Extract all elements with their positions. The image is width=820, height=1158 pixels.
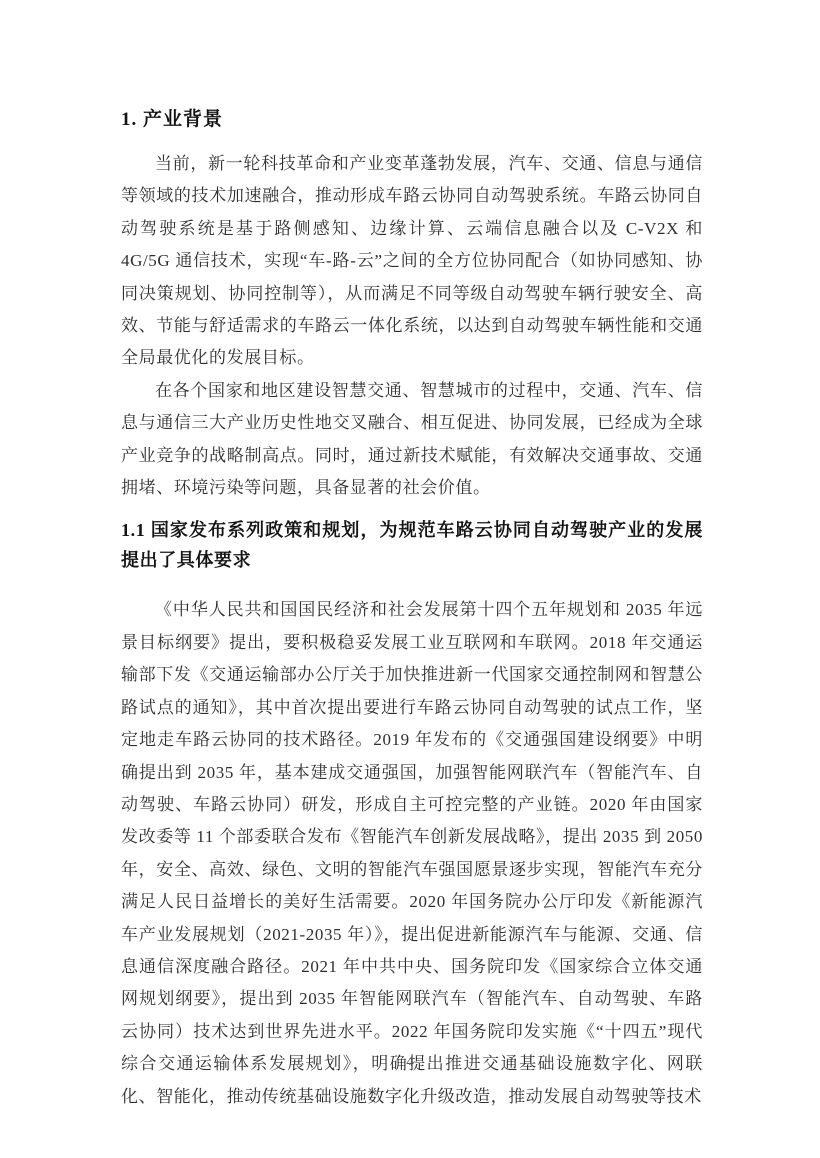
document-page: 1. 产业背景 当前，新一轮科技革命和产业变革蓬勃发展，汽车、交通、信息与通信等… (0, 0, 820, 1158)
page-number: 4 (0, 1054, 820, 1071)
paragraph-national-policies: 《中华人民共和国国民经济和社会发展第十四个五年规划和 2035 年远景目标纲要》… (121, 594, 703, 1113)
section-heading: 1. 产业背景 (121, 104, 703, 131)
paragraph-industry-overview: 当前，新一轮科技革命和产业变革蓬勃发展，汽车、交通、信息与通信等领域的技术加速融… (121, 148, 703, 375)
paragraph-industry-convergence: 在各个国家和地区建设智慧交通、智慧城市的过程中，交通、汽车、信息与通信三大产业历… (121, 375, 703, 505)
subsection-heading: 1.1 国家发布系列政策和规划，为规范车路云协同自动驾驶产业的发展提出了具体要求 (121, 515, 703, 575)
document-content: 1. 产业背景 当前，新一轮科技革命和产业变革蓬勃发展，汽车、交通、信息与通信等… (121, 104, 703, 1113)
